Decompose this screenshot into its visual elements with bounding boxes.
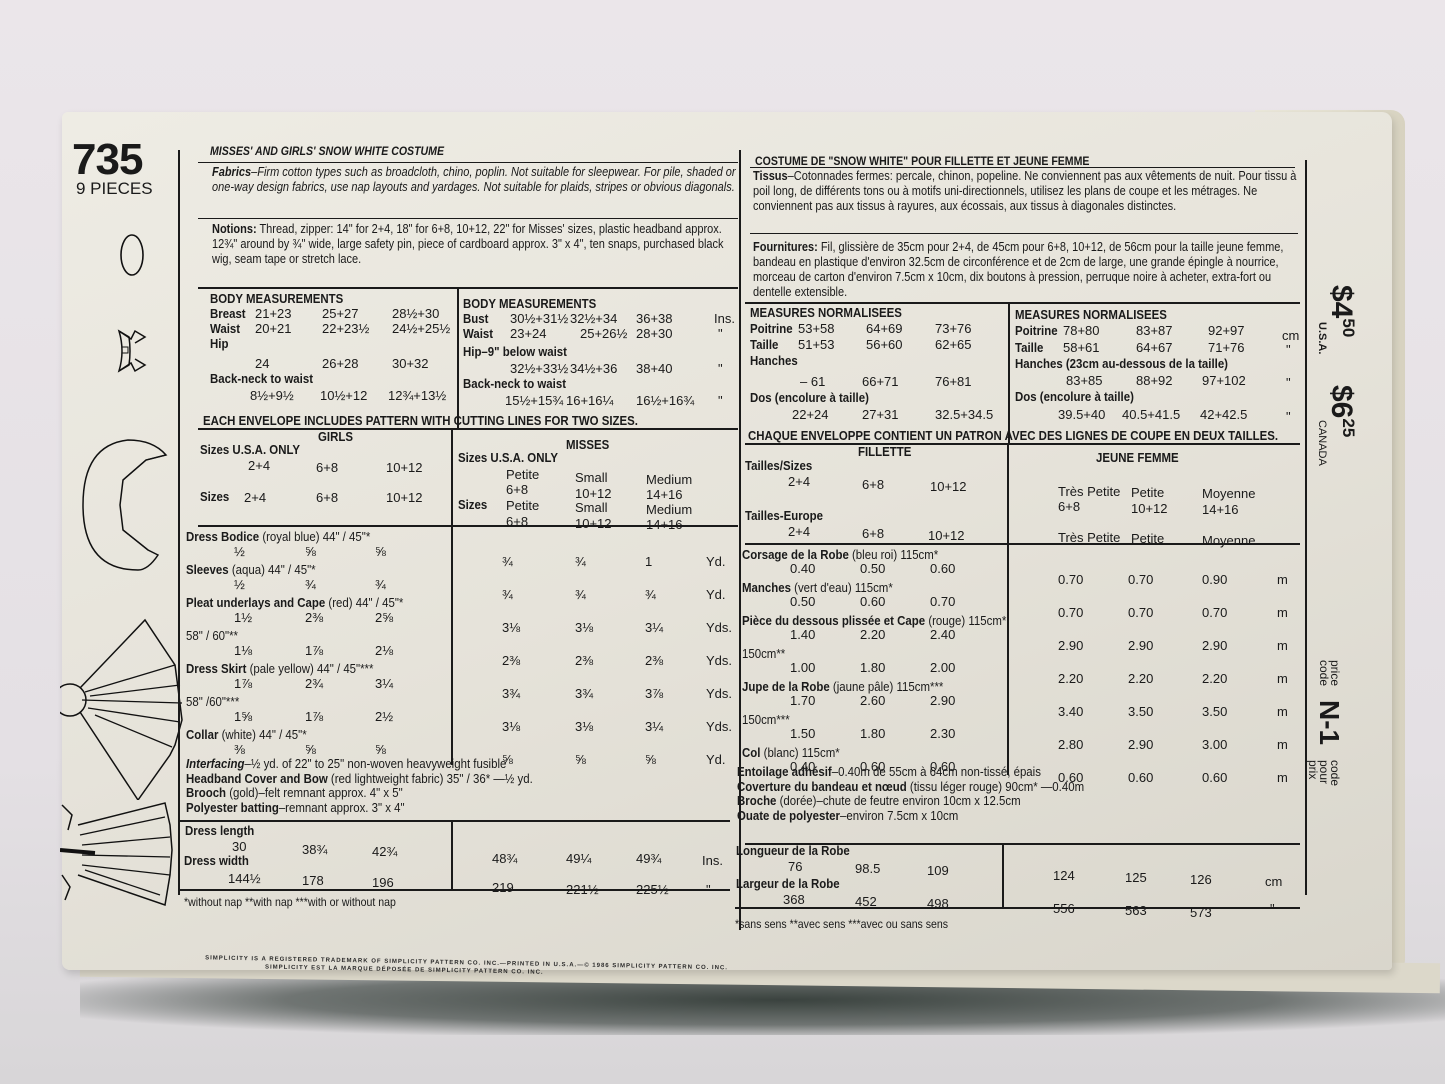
misses-small-size-b: 10+12 [575, 516, 612, 531]
extra-batting: Polyester batting–remnant approx. 3" x 4… [186, 801, 533, 816]
girls-yardage-cell: 0.70 [930, 594, 955, 609]
misses-yardage-cell: 0.60 [1128, 770, 1153, 785]
dress-width-g2: 178 [302, 873, 324, 888]
extras-en: Interfacing–½ yd. of 22" to 25" non-wove… [186, 757, 533, 815]
yardage-row-label: Pièce du dessous plissée et Cape (rouge)… [742, 613, 1006, 628]
yardage-row-label: Corsage de la Robe (bleu roi) 115cm* [742, 547, 938, 562]
back-neck-2-4: 8½+9½ [250, 388, 294, 403]
canada-price: $625 [1324, 385, 1358, 437]
yardage-row-label: Pleat underlays and Cape (red) 44" / 45"… [186, 595, 403, 610]
misses-yardage-cell: 0.70 [1128, 572, 1153, 587]
fr-notions-rule [750, 233, 1298, 234]
jeune-femme-header: JEUNE FEMME [1096, 450, 1179, 465]
skirt-illustration-icon [60, 795, 190, 910]
misses-back-neck-petite: 15½+15¾ [505, 393, 563, 408]
girls-yardage-cell: 2¾ [305, 676, 323, 691]
girls-yardage-cell: ½ [234, 577, 245, 592]
back-neck-6-8: 10½+12 [320, 388, 367, 403]
misses-yardage-cell: 3¼ [645, 620, 663, 635]
longueur-m2: 125 [1125, 870, 1147, 885]
collar-illustration-icon [78, 435, 178, 580]
girls-yardage-cell: 1⅞ [305, 643, 323, 658]
poitrine-2-4: 53+58 [798, 321, 835, 336]
hanches-10-12: 76+81 [935, 374, 972, 389]
misses-yardage-cell: 2.20 [1202, 671, 1227, 686]
largeur-g3: 498 [927, 896, 949, 911]
tres-petite-name: Très Petite [1058, 484, 1120, 499]
body-divider [457, 289, 459, 429]
canada-price-dollars: $6 [1325, 385, 1358, 418]
envelope-note-en: EACH ENVELOPE INCLUDES PATTERN WITH CUTT… [203, 413, 638, 428]
moyenne-size: 14+16 [1202, 502, 1239, 517]
misses-yardage-cell: 0.70 [1058, 572, 1083, 587]
fabrics-en: Fabrics–Firm cotton types such as broadc… [212, 165, 740, 195]
footnote-fr: *sans sens **avec sens ***avec ou sans s… [735, 917, 948, 931]
misses-hip-small: 34½+36 [570, 361, 617, 376]
footnote-en: *without nap **with nap ***with or witho… [184, 895, 396, 909]
fr-hanches-p: 88+92 [1136, 373, 1173, 388]
misses-medium-name: Medium [646, 472, 692, 487]
hip-label: Hip [210, 336, 228, 351]
taille-2-4: 51+53 [798, 337, 835, 352]
girls-yardage-cell: 1.80 [860, 726, 885, 741]
girls-yardage-cell: 1.80 [860, 660, 885, 675]
fr-girls-size-2b: 6+8 [862, 526, 884, 541]
longueur-g3: 109 [927, 863, 949, 878]
fr-girls-body-title: MEASURES NORMALISEES [750, 305, 902, 320]
fr-dos-tp: 39.5+40 [1058, 407, 1105, 422]
misses-yardage-cell: 0.60 [1202, 770, 1227, 785]
misses-petite-name: Petite [506, 467, 539, 482]
girls-yardage-cell: 1.40 [790, 627, 815, 642]
bust-label: Bust [463, 311, 488, 326]
yardage-row-label: Dress Bodice (royal blue) 44" / 45"* [186, 529, 370, 544]
misses-small-size: 10+12 [575, 486, 612, 501]
yardage-unit: Yd. [706, 752, 726, 767]
petite-name-fr-b: Petite [1131, 531, 1164, 546]
fr-dos-m: 42+42.5 [1200, 407, 1247, 422]
largeur-unit: " [1270, 901, 1275, 916]
misses-back-neck-small: 16+16¼ [566, 393, 613, 408]
misses-yardage-cell: 3⅛ [502, 719, 520, 734]
yardage-unit: Yds. [706, 686, 732, 701]
girls-yardage-cell: 1⅞ [234, 676, 252, 691]
left-border-line [178, 150, 180, 895]
girls-yardage-cell: ⅝ [305, 742, 316, 757]
yardage-row-label: Jupe de la Robe (jaune pâle) 115cm*** [742, 679, 943, 694]
yardage-unit: Yds. [706, 653, 732, 668]
misses-back-neck-label: Back-neck to waist [463, 376, 566, 391]
bust-unit: Ins. [714, 311, 735, 326]
dress-width-label: Dress width [184, 853, 249, 868]
fr-poitrine-tp: 78+80 [1063, 323, 1100, 338]
waist-label: Waist [210, 321, 240, 336]
dress-width-g3: 196 [372, 875, 394, 890]
girls-yardage-cell: 0.60 [930, 561, 955, 576]
misses-yardage-cell: 0.70 [1128, 605, 1153, 620]
girls-yardage-cell: 0.50 [790, 594, 815, 609]
girls-yardage-cell: 2.40 [930, 627, 955, 642]
back-neck-label: Back-neck to waist [210, 371, 313, 386]
fr-hanches-label: Hanches (23cm au-dessous de la taille) [1015, 356, 1228, 371]
dress-length-m3: 49¾ [636, 851, 661, 866]
notions-text-fr: Fil, glissière de 35cm pour 2+4, de 45cm… [753, 240, 1283, 299]
dress-length-m1: 48¾ [492, 851, 517, 866]
usa-price: $450 [1324, 285, 1358, 337]
misses-yardage-cell: 0.70 [1058, 605, 1083, 620]
bust-medium: 36+38 [636, 311, 673, 326]
breast-10-12: 28½+30 [392, 306, 439, 321]
misses-yardage-cell: 2.90 [1058, 638, 1083, 653]
fr-girls-size-3b: 10+12 [928, 528, 965, 543]
girls-size-2: 6+8 [316, 460, 338, 475]
yardage-unit: m [1277, 671, 1288, 686]
girls-size-3b: 10+12 [386, 490, 423, 505]
yardage-unit: m [1277, 770, 1288, 785]
girls-size-3: 10+12 [386, 460, 423, 475]
misses-yardage-cell: 3⅛ [502, 620, 520, 635]
fr-note-rule [745, 443, 1300, 445]
english-title: MISSES' AND GIRLS' SNOW WHITE COSTUME [210, 144, 444, 159]
misses-waist-unit: " [718, 326, 723, 341]
fr-taille-unit: " [1286, 342, 1291, 357]
fr-taille-m: 71+76 [1208, 340, 1245, 355]
girls-header: GIRLS [318, 429, 353, 444]
moyenne-name: Moyenne [1202, 486, 1255, 501]
dress-length-g1: 30 [232, 839, 246, 854]
fr-dos-label: Dos (encolure à taille) [1015, 389, 1134, 404]
notions-rule [198, 218, 738, 219]
misses-back-neck-unit: " [718, 393, 723, 408]
girls-size-1b: 2+4 [244, 490, 266, 505]
yardage-unit: m [1277, 605, 1288, 620]
price-code-label-fr: code pour prix [1307, 760, 1340, 792]
bow-illustration-icon [105, 325, 165, 385]
notions-label-fr: Fournitures: [753, 240, 818, 254]
tailles-sizes-label: Tailles/Sizes [745, 458, 812, 473]
fr-footnote-rule [735, 907, 1300, 909]
girls-yardage-cell: 2½ [375, 709, 393, 724]
longueur-label: Longueur de la Robe [736, 843, 850, 858]
girls-yardage-cell: 0.50 [860, 561, 885, 576]
yardage-row-label: 58" / 60"** [186, 628, 238, 643]
misses-hip-medium: 38+40 [636, 361, 673, 376]
girls-yardage-cell: 1.50 [790, 726, 815, 741]
fr-girls-size-2: 6+8 [862, 477, 884, 492]
yardage-row-label: 150cm*** [742, 712, 790, 727]
fr-poitrine-unit: cm [1282, 328, 1299, 343]
notions-fr: Fournitures: Fil, glissière de 35cm pour… [753, 240, 1299, 300]
bust-petite: 30½+31½ [510, 311, 568, 326]
misses-back-neck-medium: 16½+16¾ [636, 393, 694, 408]
girls-body-title: BODY MEASUREMENTS [210, 291, 343, 306]
misses-yardage-cell: 3⅛ [575, 719, 593, 734]
girls-size-2b: 6+8 [316, 490, 338, 505]
girls-yardage-cell: 2⅜ [305, 610, 323, 625]
pattern-number: 735 [72, 138, 142, 182]
tailles-europe-label: Tailles-Europe [745, 508, 823, 523]
girls-yardage-cell: 2⅛ [375, 643, 393, 658]
fr-hanches-tp: 83+85 [1066, 373, 1103, 388]
girls-yardage-cell: 2.30 [930, 726, 955, 741]
largeur-m3: 573 [1190, 905, 1212, 920]
fr-poitrine-m: 92+97 [1208, 323, 1245, 338]
cape-illustration-icon [60, 600, 190, 800]
extra-brooch: Brooch (gold)–felt remnant approx. 4" x … [186, 786, 533, 801]
yardage-row-label: Collar (white) 44" / 45"* [186, 727, 307, 742]
yardage-row-label: Col (blanc) 115cm* [742, 745, 840, 760]
misses-medium-size-b: 14+16 [646, 517, 683, 532]
girls-yardage-cell: ⅝ [375, 742, 386, 757]
girls-yardage-cell: 0.40 [790, 561, 815, 576]
fabrics-fr: Tissus–Cotonnades fermes: percale, chino… [753, 169, 1299, 214]
petite-name-fr: Petite [1131, 485, 1164, 500]
misses-small-name: Small [575, 470, 608, 485]
poitrine-label: Poitrine [750, 321, 793, 336]
moyenne-name-b: Moyenne [1202, 533, 1255, 548]
poitrine-10-12: 73+76 [935, 321, 972, 336]
taille-10-12: 62+65 [935, 337, 972, 352]
canada-price-cents: 25 [1339, 418, 1358, 437]
yardage-row-label: Dress Skirt (pale yellow) 44" / 45"*** [186, 661, 373, 676]
fr-length-divider [1002, 845, 1004, 907]
petite-size-fr: 10+12 [1131, 501, 1168, 516]
misses-yardage-cell: 2.90 [1128, 638, 1153, 653]
yardage-row-label: Sleeves (aqua) 44" / 45"* [186, 562, 316, 577]
misses-yardage-cell: ¾ [502, 554, 513, 569]
misses-yardage-cell: ¾ [575, 587, 586, 602]
back-neck-10-12: 12¾+13½ [388, 388, 446, 403]
dos-10-12: 32.5+34.5 [935, 407, 993, 422]
length-rule-en [180, 820, 730, 822]
girls-yardage-cell: 1⅞ [305, 709, 323, 724]
dos-label: Dos (encolure à taille) [750, 390, 869, 405]
girls-yardage-cell: 2⅝ [375, 610, 393, 625]
headband-illustration-icon [115, 232, 155, 282]
girls-yardage-cell: 1⅝ [234, 709, 252, 724]
fr-poitrine-p: 83+87 [1136, 323, 1173, 338]
longueur-m3: 126 [1190, 872, 1212, 887]
misses-yardage-cell: 2.20 [1058, 671, 1083, 686]
fabrics-label-fr: Tissus [753, 169, 788, 183]
misses-yardage-cell: 2⅜ [645, 653, 663, 668]
yardage-row-label: Manches (vert d'eau) 115cm* [742, 580, 893, 595]
misses-yardage-cell: 0.70 [1202, 605, 1227, 620]
body-rule [198, 287, 738, 289]
girls-yardage-cell: 0.60 [860, 594, 885, 609]
waist-10-12: 24½+25½ [392, 321, 450, 336]
girls-yardage-cell: ¾ [375, 577, 386, 592]
taille-6-8: 56+60 [866, 337, 903, 352]
notions-text-en: Thread, zipper: 14" for 2+4, 18" for 6+8… [212, 222, 724, 266]
fr-misses-body-title: MEASURES NORMALISEES [1015, 307, 1167, 322]
waist-2-4: 20+21 [255, 321, 292, 336]
misses-yardage-cell: ¾ [575, 554, 586, 569]
misses-hip-label: Hip–9" below waist [463, 344, 567, 359]
piece-count: 9 PIECES [76, 180, 153, 198]
girls-yardage-cell: ¾ [305, 577, 316, 592]
fr-hanches-m: 97+102 [1202, 373, 1246, 388]
yardage-unit: m [1277, 704, 1288, 719]
largeur-label: Largeur de la Robe [736, 876, 840, 891]
extra-broche: Broche (dorée)–chute de feutre environ 1… [737, 794, 1084, 809]
dress-length-unit: Ins. [702, 853, 723, 868]
misses-yardage-cell: 2.90 [1128, 737, 1153, 752]
hip-6-8: 26+28 [322, 356, 359, 371]
yardage-unit: Yd. [706, 587, 726, 602]
tres-petite-size: 6+8 [1058, 499, 1080, 514]
fr-dos-p: 40.5+41.5 [1122, 407, 1180, 422]
dress-length-g2: 38¾ [302, 842, 327, 857]
dress-width-m3: 225½ [636, 882, 669, 897]
yardage-unit: Yds. [706, 719, 732, 734]
longueur-g2: 98.5 [855, 861, 880, 876]
misses-yardage-cell: ¾ [502, 587, 513, 602]
misses-medium-name-b: Medium [646, 502, 692, 517]
yardage-unit: m [1277, 572, 1288, 587]
girls-yardage-cell: 2.20 [860, 627, 885, 642]
price-code: N-1 [1313, 700, 1345, 745]
breast-label: Breast [210, 306, 246, 321]
fr-taille-p: 64+67 [1136, 340, 1173, 355]
fillette-header: FILLETTE [858, 444, 911, 459]
girls-yardage-cell: 1½ [234, 610, 252, 625]
dress-width-g1: 144½ [228, 871, 261, 886]
dress-width-unit: " [706, 882, 711, 897]
largeur-g1: 368 [783, 892, 805, 907]
misses-yardage-cell: 2.20 [1128, 671, 1153, 686]
notions-en: Notions: Thread, zipper: 14" for 2+4, 18… [212, 222, 744, 267]
misses-yardage-cell: 1 [645, 554, 652, 569]
misses-medium-size: 14+16 [646, 487, 683, 502]
dress-length-g3: 42¾ [372, 844, 397, 859]
fr-hanches-unit: " [1286, 375, 1291, 390]
fr-taille-label: Taille [1015, 340, 1043, 355]
girls-yardage-cell: ⅝ [375, 544, 386, 559]
girls-yardage-cell: ⅜ [234, 742, 245, 757]
tres-petite-name-b: Très Petite [1058, 530, 1120, 545]
fr-body-rule [745, 302, 1300, 304]
hip-2-4: 24 [255, 356, 269, 371]
size-divider-en [451, 430, 453, 765]
extra-entoilage: Entoilage adhésif–0.40m de 55cm à 64cm n… [737, 765, 1084, 780]
envelope-note-rule [198, 428, 738, 430]
fabrics-text-en: –Firm cotton types such as broadcloth, c… [212, 165, 736, 194]
misses-body-title: BODY MEASUREMENTS [463, 296, 596, 311]
dos-2-4: 22+24 [792, 407, 829, 422]
fr-size-divider [1007, 445, 1009, 775]
waist-6-8: 22+23½ [322, 321, 369, 336]
misses-petite-size: 6+8 [506, 482, 528, 497]
price-code-label-en: price code [1318, 660, 1340, 690]
sizes-usa-label-en: Sizes U.S.A. ONLY [200, 442, 300, 457]
girls-size-1: 2+4 [248, 458, 270, 473]
yardage-unit: Yd. [706, 554, 726, 569]
largeur-m2: 563 [1125, 903, 1147, 918]
largeur-g2: 452 [855, 894, 877, 909]
girls-yardage-cell: 2.00 [930, 660, 955, 675]
fabrics-text-fr: –Cotonnades fermes: percale, chinon, pop… [753, 169, 1296, 213]
misses-yardage-cell: 2⅜ [575, 653, 593, 668]
extra-bandeau: Coverture du bandeau et nœud (tissu lége… [737, 780, 1084, 795]
misses-yardage-cell: 2⅜ [502, 653, 520, 668]
hanches-6-8: 66+71 [862, 374, 899, 389]
bust-small: 32½+34 [570, 311, 617, 326]
girls-yardage-cell: ½ [234, 544, 245, 559]
poitrine-6-8: 64+69 [866, 321, 903, 336]
misses-yardage-cell: 3¼ [645, 719, 663, 734]
sizes-label-en: Sizes [200, 489, 229, 504]
largeur-m1: 556 [1053, 901, 1075, 916]
fr-girls-size-1b: 2+4 [788, 524, 810, 539]
misses-yardage-cell: 3¾ [575, 686, 593, 701]
yardage-unit: Yds. [706, 620, 732, 635]
usa-label: U.S.A. [1316, 322, 1328, 354]
girls-yardage-cell: 2.60 [860, 693, 885, 708]
misses-waist-medium: 28+30 [636, 326, 673, 341]
fabrics-label-en: Fabrics [212, 165, 251, 179]
misses-yardage-cell: ⅝ [575, 752, 586, 767]
misses-yardage-cell: ⅝ [645, 752, 656, 767]
misses-yardage-cell: 0.90 [1202, 572, 1227, 587]
yardage-unit: m [1277, 737, 1288, 752]
misses-small-name-b: Small [575, 500, 608, 515]
length-divider-en [451, 822, 453, 890]
misses-petite-size-b: 6+8 [506, 514, 528, 529]
misses-yardage-cell: 3.00 [1202, 737, 1227, 752]
misses-yardage-cell: 2.80 [1058, 737, 1083, 752]
misses-yardage-cell: 3.50 [1128, 704, 1153, 719]
dress-length-label: Dress length [185, 823, 254, 838]
misses-yardage-cell: ¾ [645, 587, 656, 602]
fr-taille-tp: 58+61 [1063, 340, 1100, 355]
canada-label: CANADA [1316, 420, 1328, 466]
sizes-usa-label-misses: Sizes U.S.A. ONLY [458, 450, 558, 465]
yardage-row-label: 150cm** [742, 646, 785, 661]
envelope-note-fr: CHAQUE ENVELOPPE CONTIENT UN PATRON AVEC… [748, 428, 1278, 443]
extras-fr: Entoilage adhésif–0.40m de 55cm à 64cm n… [737, 765, 1084, 823]
extra-interfacing: Interfacing–½ yd. of 22" to 25" non-wove… [186, 757, 533, 772]
usa-price-cents: 50 [1339, 318, 1358, 337]
misses-hip-petite: 32½+33½ [510, 361, 568, 376]
girls-yardage-cell: ⅝ [305, 544, 316, 559]
hanches-2-4: – 61 [800, 374, 825, 389]
fr-dos-unit: " [1286, 409, 1291, 424]
girls-yardage-cell: 3¼ [375, 676, 393, 691]
misses-yardage-cell: 3⅛ [575, 620, 593, 635]
usa-price-dollars: $4 [1325, 285, 1358, 318]
dress-length-m2: 49¼ [566, 851, 591, 866]
misses-header: MISSES [566, 437, 609, 452]
girls-yardage-cell: 1.00 [790, 660, 815, 675]
title-rule [198, 162, 738, 163]
breast-6-8: 25+27 [322, 306, 359, 321]
misses-petite-name-b: Petite [506, 498, 539, 513]
fr-body-divider [1008, 304, 1010, 444]
misses-yardage-cell: 3.40 [1058, 704, 1083, 719]
girls-yardage-cell: 1.70 [790, 693, 815, 708]
dress-width-m1: 219 [492, 880, 514, 895]
fr-girls-size-1: 2+4 [788, 474, 810, 489]
yardage-unit: m [1277, 638, 1288, 653]
notions-label-en: Notions: [212, 222, 257, 236]
misses-yardage-cell: 3¾ [502, 686, 520, 701]
misses-waist-small: 25+26½ [580, 326, 627, 341]
fr-girls-size-3: 10+12 [930, 479, 967, 494]
dress-width-m2: 221½ [566, 882, 599, 897]
longueur-g1: 76 [788, 859, 802, 874]
french-title: COSTUME DE "SNOW WHITE" POUR FILLETTE ET… [755, 154, 1089, 169]
